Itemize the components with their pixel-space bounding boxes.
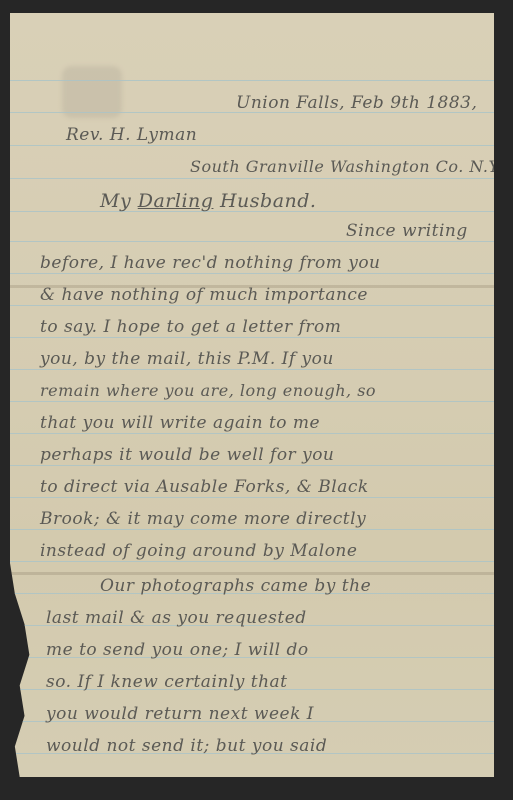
ruled-line	[10, 337, 494, 338]
body-line: last mail & as you requested	[46, 608, 307, 628]
ruled-line	[10, 178, 494, 179]
body-line: so. If I knew certainly that	[46, 672, 288, 692]
body-line: you, by the mail, this P.M. If you	[40, 349, 334, 369]
salutation-suffix: Husband.	[213, 190, 316, 212]
body-line: before, I have rec'd nothing from you	[40, 253, 381, 273]
ruled-line	[10, 465, 494, 466]
letter-page: Union Falls, Feb 9th 1883, Rev. H. Lyman…	[10, 13, 494, 777]
ruled-line	[10, 561, 494, 562]
body-line: perhaps it would be well for you	[40, 445, 334, 465]
body-line: that you will write again to me	[40, 413, 320, 433]
body-line: would not send it; but you said	[46, 736, 327, 756]
body-line: to say. I hope to get a letter from	[40, 317, 341, 337]
ruled-line	[10, 401, 494, 402]
body-line: me to send you one; I will do	[46, 640, 309, 660]
dateline: Union Falls, Feb 9th 1883,	[236, 93, 477, 113]
body-line: you would return next week I	[46, 704, 314, 724]
body-line: Since writing	[346, 221, 468, 241]
body-line: Our photographs came by the	[100, 576, 371, 596]
ruled-line	[10, 433, 494, 434]
recipient-name: Rev. H. Lyman	[66, 125, 197, 145]
ruled-line	[10, 305, 494, 306]
ruled-line	[10, 497, 494, 498]
ruled-line	[10, 369, 494, 370]
ruled-line	[10, 241, 494, 242]
body-line: to direct via Ausable Forks, & Black	[40, 477, 369, 497]
salutation-prefix: My	[100, 190, 138, 212]
body-line: & have nothing of much importance	[40, 285, 368, 305]
salutation: My Darling Husband.	[100, 190, 316, 212]
body-line: instead of going around by Malone	[40, 541, 357, 561]
recipient-address: South Granville Washington Co. N.Y.	[190, 157, 503, 176]
paper-fold	[10, 572, 494, 575]
salutation-emphasis: Darling	[138, 190, 214, 212]
ruled-line	[10, 273, 494, 274]
body-line: Brook; & it may come more directly	[40, 509, 366, 529]
body-line: remain where you are, long enough, so	[40, 381, 376, 400]
stain-mark	[62, 66, 122, 118]
ruled-line	[10, 529, 494, 530]
ruled-line	[10, 145, 494, 146]
ruled-line	[10, 80, 494, 81]
